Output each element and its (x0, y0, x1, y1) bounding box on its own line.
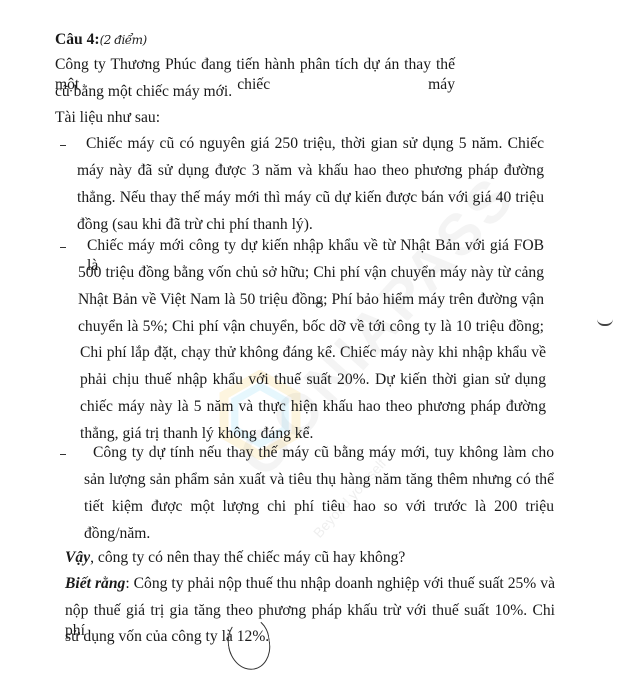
question-number: Câu 4: (55, 31, 100, 48)
intro-line-2: cũ bằng một chiếc máy mới. (55, 82, 232, 102)
bullet-dash-3 (60, 454, 66, 455)
bullet-3-line-1: Công ty dự tính nếu thay thế máy cũ bằng… (93, 443, 554, 463)
handwritten-margin-mark (597, 319, 613, 326)
bullet-3-line-3: tiết kiệm được một lượng chi phí tiêu ha… (84, 497, 554, 517)
given-text-1: : Công ty phải nộp thuế thu nhập doanh n… (125, 575, 555, 592)
bullet-dash-1 (60, 145, 66, 146)
question-prefix: Vậy (65, 549, 90, 566)
final-question: Vậy, công ty có nên thay thế chiếc máy c… (65, 548, 405, 568)
bullet-2-line-7: chiếc máy này là 5 năm và thực hiện khấu… (80, 397, 546, 417)
bullet-2-line-3: Nhật Bản về Việt Nam là 50 triệu đồng; P… (78, 290, 544, 310)
bullet-1-line-3: thẳng. Nếu thay thế máy mới thì máy cũ d… (77, 188, 544, 208)
bullet-1-line-1: Chiếc máy cũ có nguyên giá 250 triệu, th… (86, 134, 544, 154)
bullet-2-line-2: 500 triệu đồng bằng vốn chủ sở hữu; Chi … (78, 263, 544, 283)
materials-label: Tài liệu như sau: (55, 108, 160, 128)
question-heading: Câu 4:(2 điểm) (55, 30, 147, 50)
points-note-handwritten: (2 điểm) (100, 33, 147, 47)
bullet-2-line-6: phải chịu thuế nhập khẩu với thuế suất 2… (80, 370, 546, 390)
given-prefix: Biết rằng (65, 575, 125, 592)
bullet-dash-2 (60, 247, 66, 248)
bullet-1-line-4: đồng (sau khi đã trừ chi phí thanh lý). (77, 215, 313, 235)
bullet-2-line-8: thẳng, giá trị thanh lý không đáng kể. (80, 424, 313, 444)
bullet-3-line-4: đồng/năm. (84, 524, 150, 544)
given-line-1: Biết rằng: Công ty phải nộp thuế thu nhậ… (65, 574, 555, 594)
bullet-2-line-5: Chi phí lắp đặt, chạy thử không đáng kể.… (80, 343, 546, 363)
question-text: , công ty có nên thay thế chiếc máy cũ h… (90, 549, 405, 566)
bullet-3-line-2: sản lượng sản phẩm sản xuất và tiêu thụ … (84, 470, 554, 490)
exam-page: GONIAPASS Beyond yourself Câu 4:(2 điểm)… (0, 0, 624, 687)
bullet-2-line-4: chuyển là 5%; Chi phí vận chuyển, bốc dỡ… (78, 317, 544, 337)
bullet-1-line-2: máy này đã sử dụng được 3 năm và khấu ha… (77, 161, 544, 181)
